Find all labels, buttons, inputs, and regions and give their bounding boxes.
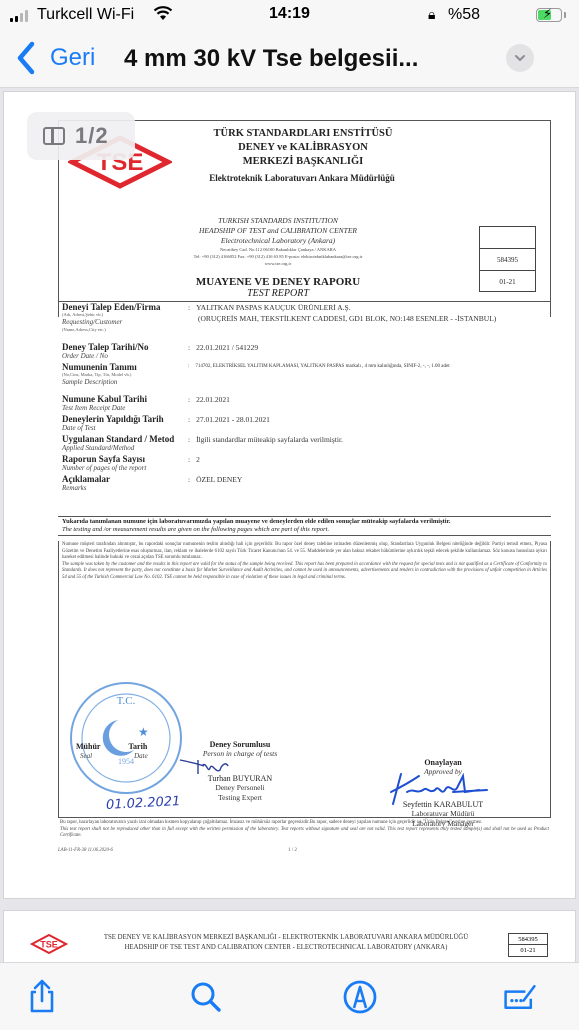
footer-note-tr: Bu rapor, hazırlayan laboratuvarın yazıl… — [60, 820, 549, 827]
field-label: Numune Kabul Tarihi — [62, 394, 188, 404]
field-label-en: Applied Standard/Method — [62, 444, 188, 453]
signature-button[interactable] — [500, 977, 540, 1017]
ref-number: 584395 — [480, 249, 535, 271]
document-title[interactable]: 4 mm 30 kV Tse belgesii... — [124, 45, 418, 73]
header-address: Necatibey Cad. No:112 06100 Bakanlıklar … — [118, 247, 438, 252]
chevron-left-icon — [14, 40, 38, 76]
pdf-page-2: TSE TSE DENEY VE KALİBRASYON MERKEZİ BAŞ… — [3, 910, 576, 962]
field-value: :22.01.2021 / 541229 — [188, 342, 551, 362]
header-website: www.tse.org.tr — [118, 261, 438, 266]
markup-icon — [342, 979, 378, 1015]
field-label-en: Test Item Receipt Date — [62, 404, 188, 413]
report-title-en: TEST REPORT — [118, 288, 438, 299]
field-page-count: Raporun Sayfa Sayısı Number of pages of … — [58, 454, 551, 474]
field-standard: Uygulanan Standard / Metod Applied Stand… — [58, 434, 551, 454]
back-button[interactable]: Geri — [14, 40, 95, 76]
pdf-page-1: TSE TÜRK STANDARDLARI ENSTİTÜSÜ DENEY ve… — [3, 91, 576, 899]
approver-signature — [383, 770, 493, 810]
status-bar: Turkcell Wi-Fi 14:19 🔒︎ %58 ⚡︎ — [0, 0, 579, 32]
page2-header: TSE DENEY VE KALİBRASYON MERKEZİ BAŞKANL… — [76, 933, 496, 953]
ref-blank — [480, 227, 535, 249]
field-label: Deney Talep Tarihi/No — [62, 342, 188, 352]
header-lab: Elektroteknik Laboratuvarı Ankara Müdürl… — [152, 173, 452, 183]
charging-bolt-icon: ⚡︎ — [543, 6, 552, 22]
seal-labels: Mühür Tarih Seal Date — [76, 742, 148, 760]
report-reference-box: 584395 01-21 — [479, 226, 536, 292]
tester-role: Deney Personeli — [170, 783, 310, 793]
tse-logo-icon: TSE — [30, 933, 68, 955]
field-receipt-date: Numune Kabul Tarihi Test Item Receipt Da… — [58, 394, 551, 414]
ref-date: 01-21 — [509, 945, 547, 956]
svg-text:★: ★ — [138, 725, 149, 739]
document-canvas[interactable]: 1/2 TSE TÜRK STANDARDLARI ENSTİTÜSÜ DENE… — [0, 88, 579, 962]
field-label: Uygulanan Standard / Metod — [62, 434, 188, 444]
thumbnails-icon — [43, 127, 65, 145]
disclaimer: Numune müşteri tarafından alınmıştır, bu… — [58, 541, 551, 583]
page-indicator[interactable]: 1/2 — [27, 112, 135, 160]
date-label: Tarih — [128, 742, 147, 751]
field-value: :2 — [188, 454, 551, 474]
field-label-en: Remarks — [62, 484, 188, 493]
seal-label-en: Seal — [80, 752, 92, 760]
field-label: Raporun Sayfa Sayısı — [62, 454, 188, 464]
battery-cap — [564, 12, 566, 18]
field-value: :ÖZEL DENEY — [188, 474, 551, 494]
field-value: :22.01.2021 — [188, 394, 551, 414]
field-label-en: Sample Description — [62, 378, 188, 387]
header-dept: DENEY ve KALİBRASYON — [168, 142, 438, 153]
header-en-institute: TURKISH STANDARDS INSTITUTION — [118, 216, 438, 225]
footer-note-en: This test report shall not be reproduced… — [60, 827, 549, 840]
summary-en: The testing and /or measurement results … — [62, 526, 547, 534]
field-value: :27.01.2021 - 28.01.2021 — [188, 414, 551, 434]
field-label-en: Date of Test — [62, 424, 188, 433]
report-fields: Deneyi Talep Eden/Firma (Adı, Adresi,Şeh… — [58, 301, 551, 494]
date-label-en: Date — [134, 752, 148, 760]
navigation-bar: Geri 4 mm 30 kV Tse belgesii... — [0, 32, 579, 88]
field-value: :İlgili standardlar müteakip sayfalarda … — [188, 434, 551, 454]
field-label-en: Order Date / No — [62, 352, 188, 361]
field-label: Numunenin Tanımı — [62, 362, 188, 372]
form-code: LAB-11-FR-38 11.06.2020-6 — [58, 848, 113, 853]
field-test-date: Deneylerin Yapıldığı Tarih Date of Test … — [58, 414, 551, 434]
ref-number: 584395 — [509, 934, 547, 945]
tse-seal-stamp: T.C. ★ 1954 — [68, 680, 184, 796]
header-institute: TÜRK STANDARDLARI ENSTİTÜSÜ — [168, 128, 438, 139]
page-number: 1 / 2 — [288, 848, 297, 853]
header-en-center: HEADSHIP OF TEST and CALIBRATION CENTER — [118, 226, 438, 235]
title-menu-button[interactable] — [506, 44, 534, 72]
search-button[interactable] — [186, 977, 226, 1017]
field-customer: Deneyi Talep Eden/Firma (Adı, Adresi,Şeh… — [58, 302, 551, 342]
tester-signature — [176, 754, 236, 778]
page2-header-en: HEADSHIP OF TSE TEST AND CALIBRATION CEN… — [76, 943, 496, 953]
cellular-signal-icon — [10, 10, 28, 22]
seal-label: Mühür — [76, 742, 100, 751]
signature-icon — [502, 979, 538, 1015]
share-button[interactable] — [22, 977, 62, 1017]
battery-icon: ⚡︎ — [536, 8, 562, 22]
bottom-toolbar — [0, 962, 579, 1030]
rotation-lock-icon: 🔒︎ — [428, 6, 435, 23]
search-icon — [188, 979, 224, 1015]
tester-label: Deney Sorumlusu — [170, 740, 310, 749]
report-title: MUAYENE VE DENEY RAPORU — [118, 276, 438, 288]
field-label-en: Requesting/Customer — [62, 318, 188, 327]
field-value: :714702, ELEKTRİKSEL YALITIM KAPLAMASI, … — [188, 362, 551, 394]
wifi-icon — [153, 5, 173, 21]
field-label: Deneylerin Yapıldığı Tarih — [62, 414, 188, 424]
disclaimer-en: The sample was taken by the customer and… — [62, 562, 547, 582]
ref-date: 01-21 — [480, 271, 535, 293]
footer-note: Bu rapor, hazırlayan laboratuvarın yazıl… — [58, 820, 551, 840]
header-center: MERKEZİ BAŞKANLIĞI — [168, 156, 438, 167]
page2-reference-box: 584395 01-21 — [508, 933, 548, 957]
pdf-viewer-screen: Turkcell Wi-Fi 14:19 🔒︎ %58 ⚡︎ Geri 4 mm… — [0, 0, 579, 1030]
svg-text:T.C.: T.C. — [117, 695, 136, 707]
summary-tr: Yukarıda tanımlanan numune için laboratu… — [62, 518, 547, 526]
disclaimer-tr: Numune müşteri tarafından alınmıştır, bu… — [62, 542, 547, 562]
results-summary: Yukarıda tanımlanan numune için laboratu… — [58, 516, 551, 536]
tester-role-en: Testing Expert — [170, 793, 310, 803]
header-contact: Tel: +90 (312) 4166052 Fax: +90 (312) 41… — [118, 254, 438, 259]
field-remarks: Açıklamalar Remarks :ÖZEL DENEY — [58, 474, 551, 494]
field-order-date: Deney Talep Tarihi/No Order Date / No :2… — [58, 342, 551, 362]
field-sublabel-en: (Name,Adress,City etc.) — [62, 327, 188, 333]
svg-text:TSE: TSE — [40, 940, 58, 950]
chevron-down-icon — [513, 53, 527, 63]
share-icon — [24, 979, 60, 1015]
carrier-name: Turkcell Wi-Fi — [37, 6, 134, 24]
field-label: Açıklamalar — [62, 474, 188, 484]
approver-label: Onaylayan — [373, 758, 513, 767]
field-label-en: Number of pages of the report — [62, 464, 188, 473]
page-indicator-label: 1/2 — [75, 123, 109, 149]
markup-button[interactable] — [340, 977, 380, 1017]
page2-header-tr: TSE DENEY VE KALİBRASYON MERKEZİ BAŞKANL… — [76, 933, 496, 943]
header-en-lab: Electrotechnical Laboratory (Ankara) — [118, 236, 438, 245]
back-label: Geri — [50, 44, 95, 72]
field-sample-description: Numunenin Tanımı (No,Cins, Marka, Tip, T… — [58, 362, 551, 394]
approver-role: Laboratuvar Müdürü — [373, 809, 513, 819]
field-value: :YALITKAN PASPAS KAUÇUK ÜRÜNLERİ A.Ş. (O… — [188, 302, 551, 342]
field-label: Deneyi Talep Eden/Firma — [62, 302, 188, 312]
battery-percent: %58 — [448, 6, 480, 24]
